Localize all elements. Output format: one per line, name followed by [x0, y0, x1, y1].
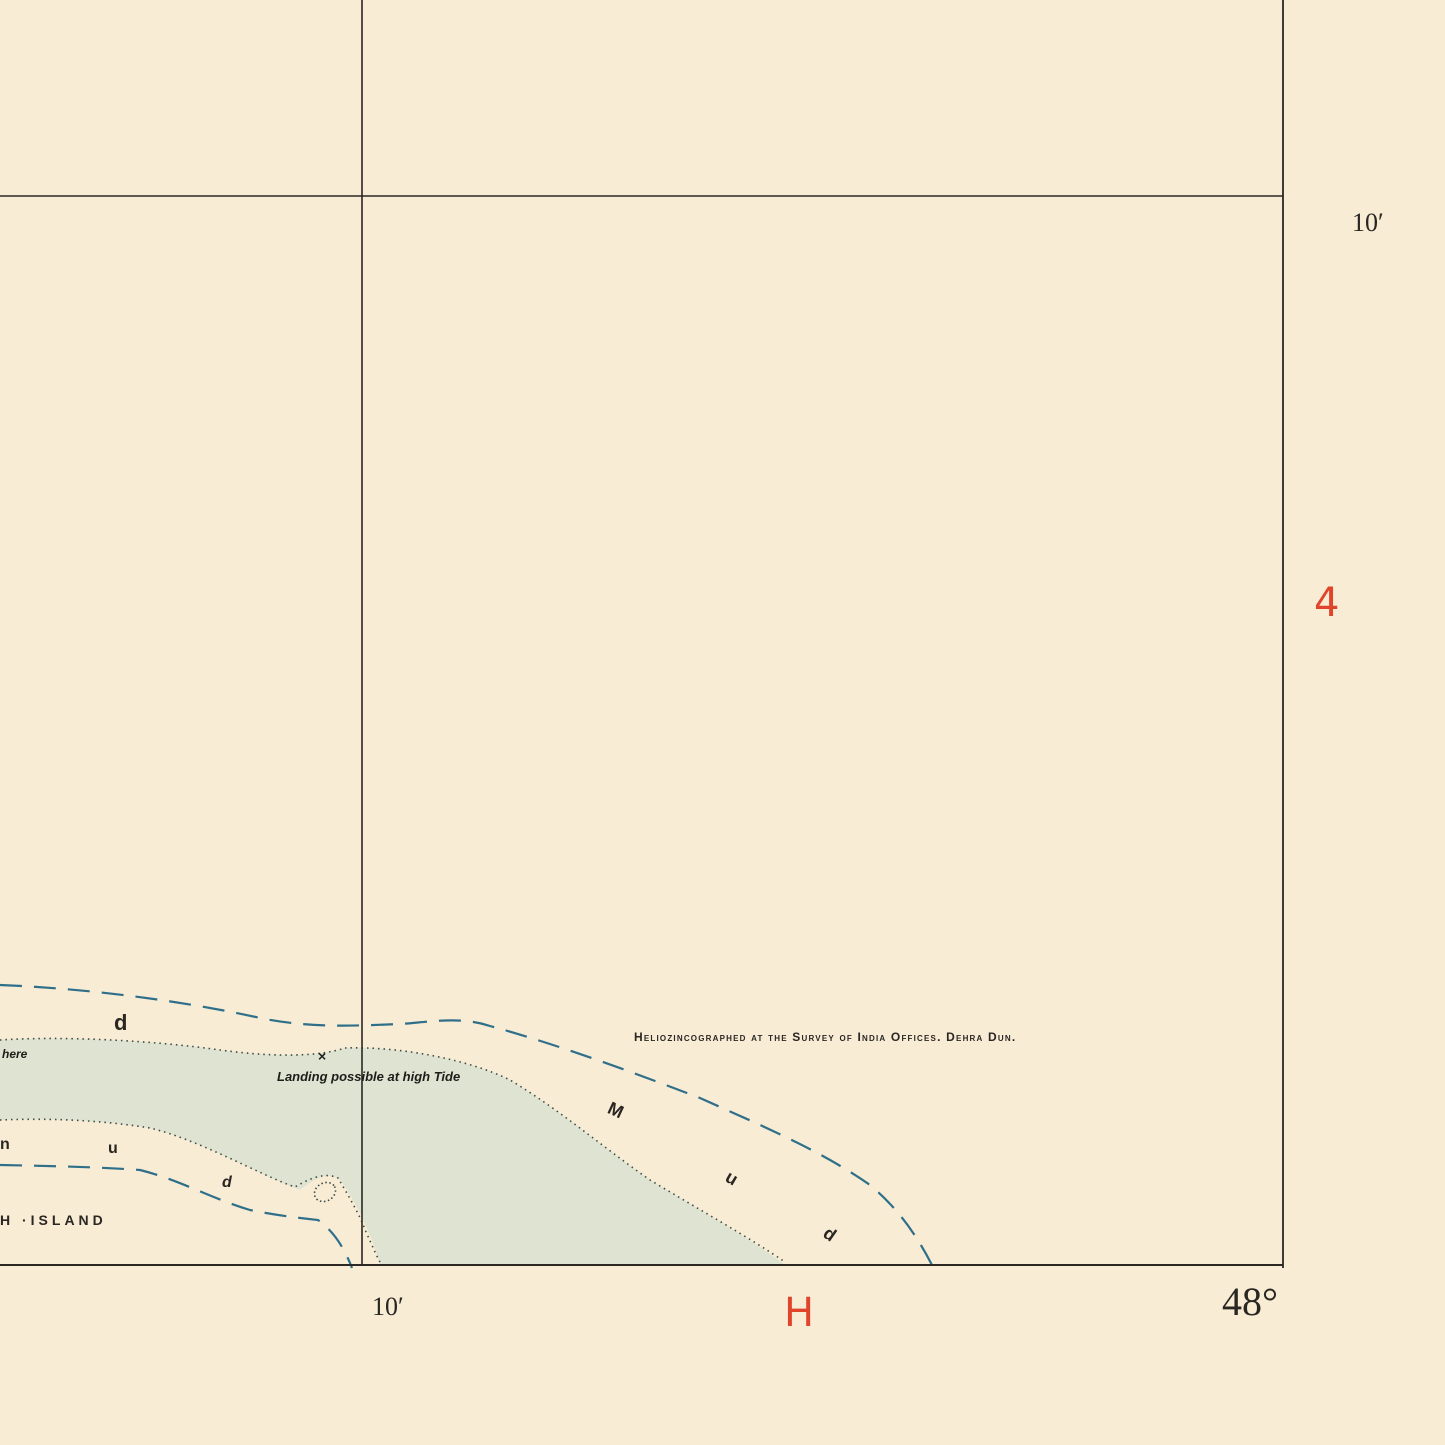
- longitude-label-48deg: 48°: [1222, 1278, 1278, 1325]
- sheet-index-H: H: [784, 1290, 814, 1336]
- landing-note: Landing possible at high Tide: [277, 1069, 460, 1084]
- map-canvas: [0, 0, 1445, 1445]
- mud-letter-u-lower: u: [108, 1140, 118, 1158]
- landing-marker: ×: [318, 1048, 326, 1064]
- latitude-label-10min: 10′: [1352, 208, 1384, 238]
- survey-map: 10′ 10′ 48° 4 H here × Landing possible …: [0, 0, 1445, 1445]
- longitude-label-10min: 10′: [372, 1292, 404, 1322]
- partial-note-here: here: [2, 1047, 27, 1061]
- island-name: H ·ISLAND: [0, 1212, 107, 1228]
- mud-letter-d-lower: d: [222, 1174, 232, 1192]
- islet-dots: [311, 1179, 339, 1206]
- mud-letter-partial: n: [0, 1136, 10, 1154]
- footer-imprint: Heliozincographed at the Survey of India…: [634, 1030, 1016, 1044]
- sheet-index-4: 4: [1314, 580, 1339, 626]
- mud-letter-d-upper: d: [114, 1010, 127, 1036]
